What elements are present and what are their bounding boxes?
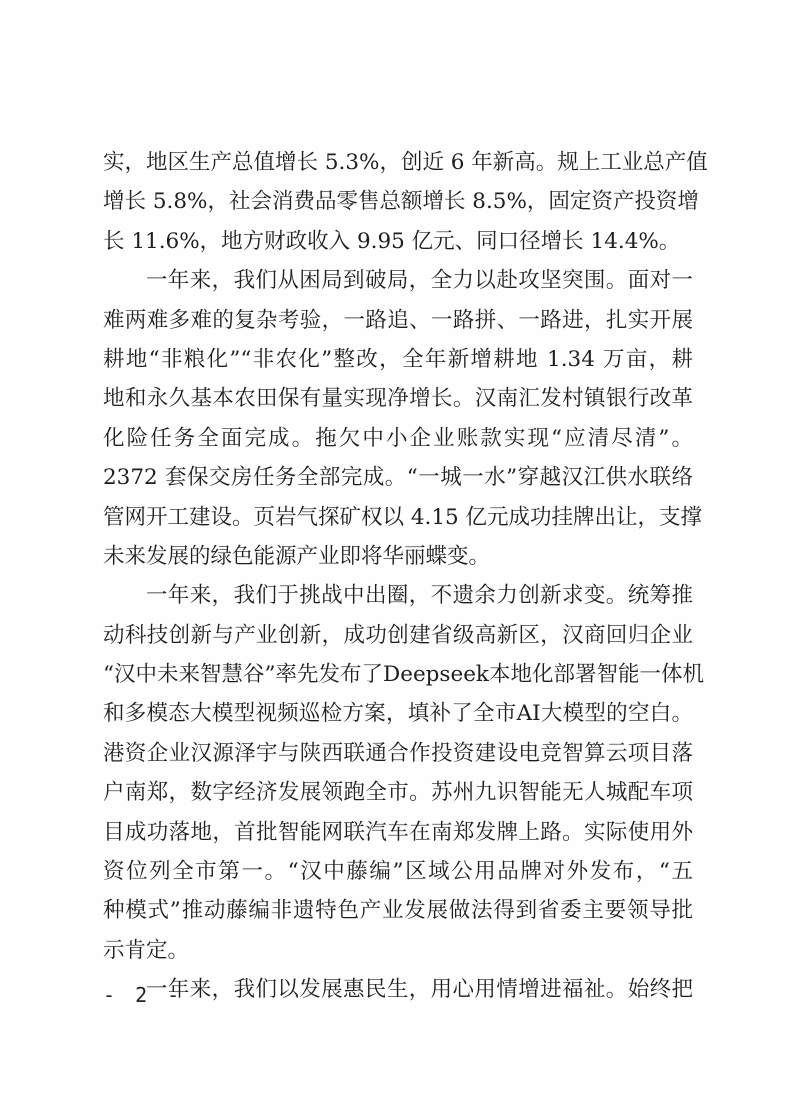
text-line-19: 资位列全市第一。“汉中藤编”区域公用品牌对外发布，“五 bbox=[103, 852, 693, 891]
text-line-2: 增长 5.8%，社会消费品零售总额增长 8.5%，固定资产投资增 bbox=[103, 182, 693, 221]
text-line-13: 动科技创新与产业创新，成功创建省级高新区，汉商回归企业 bbox=[103, 616, 693, 655]
page-number: - 2 - bbox=[103, 982, 183, 1008]
text-line-22: 一年来，我们以发展惠民生，用心用情增进福祉。始终把 bbox=[103, 970, 693, 1009]
text-line-14: “汉中未来智慧谷”率先发布了Deepseek本地化部署智能一体机 bbox=[103, 655, 693, 694]
text-line-20: 种模式”推动藤编非遗特色产业发展做法得到省委主要领导批 bbox=[103, 891, 693, 930]
text-line-16: 港资企业汉源泽宇与陕西联通合作投资建设电竞智算云项目落 bbox=[103, 734, 693, 773]
body-text: 实，地区生产总值增长 5.3%，创近 6 年新高。规上工业总产值 增长 5.8%… bbox=[103, 143, 693, 1010]
text-line-7: 地和永久基本农田保有量实现净增长。汉南汇发村镇银行改革 bbox=[103, 379, 693, 418]
text-line-12: 一年来，我们于挑战中出圈，不遗余力创新求变。统筹推 bbox=[103, 576, 693, 615]
text-line-6: 耕地“非粮化”“非农化”整改，全年新增耕地 1.34 万亩，耕 bbox=[103, 340, 693, 379]
text-line-17: 户南郑，数字经济发展领跑全市。苏州九识智能无人城配车项 bbox=[103, 773, 693, 812]
text-line-10: 管网开工建设。页岩气探矿权以 4.15 亿元成功挂牌出让，支撑 bbox=[103, 498, 693, 537]
text-line-3: 长 11.6%，地方财政收入 9.95 亿元、同口径增长 14.4%。 bbox=[103, 222, 693, 261]
document-page: 实，地区生产总值增长 5.3%，创近 6 年新高。规上工业总产值 增长 5.8%… bbox=[0, 0, 792, 1120]
text-line-9: 2372 套保交房任务全部完成。“一城一水”穿越汉江供水联络 bbox=[103, 458, 693, 497]
text-line-1: 实，地区生产总值增长 5.3%，创近 6 年新高。规上工业总产值 bbox=[103, 143, 693, 182]
text-line-15: 和多模态大模型视频巡检方案，填补了全市AI大模型的空白。 bbox=[103, 694, 693, 733]
text-line-18: 目成功落地，首批智能网联汽车在南郑发牌上路。实际使用外 bbox=[103, 813, 693, 852]
text-line-8: 化险任务全面完成。拖欠中小企业账款实现“应清尽清”。 bbox=[103, 419, 693, 458]
text-line-11: 未来发展的绿色能源产业即将华丽蝶变。 bbox=[103, 537, 693, 576]
text-line-21: 示肯定。 bbox=[103, 931, 693, 970]
text-line-4: 一年来，我们从困局到破局，全力以赴攻坚突围。面对一 bbox=[103, 261, 693, 300]
text-line-5: 难两难多难的复杂考验，一路追、一路拼、一路进，扎实开展 bbox=[103, 301, 693, 340]
